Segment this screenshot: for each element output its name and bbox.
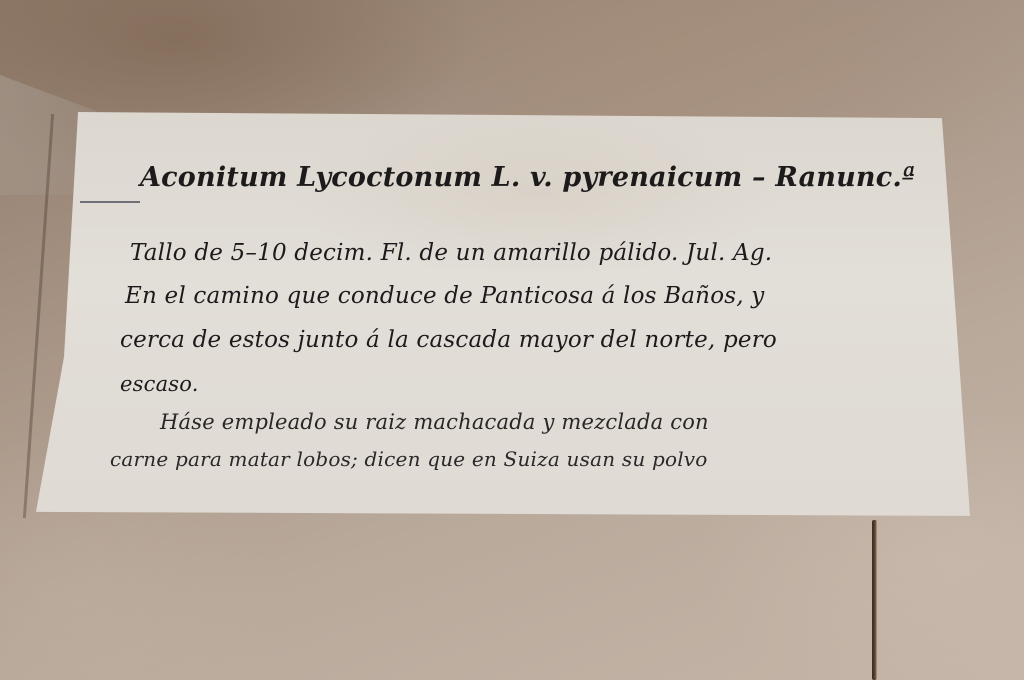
label-line: cerca de estos junto á la cascada mayor … [120, 327, 777, 353]
label-line: carne para matar lobos; dicen que en Sui… [110, 447, 708, 471]
label-line: Háse empleado su raiz machacada y mezcla… [160, 410, 709, 434]
background-crease [872, 520, 877, 680]
label-line: Tallo de 5–10 decim. Fl. de un amarillo … [130, 240, 772, 266]
label-line: En el camino que conduce de Panticosa á … [125, 283, 764, 309]
label-title-line: Aconitum Lycoctonum L. v. pyrenaicum – R… [140, 162, 915, 193]
label-line: escaso. [120, 372, 199, 396]
underline-stroke [80, 201, 140, 203]
